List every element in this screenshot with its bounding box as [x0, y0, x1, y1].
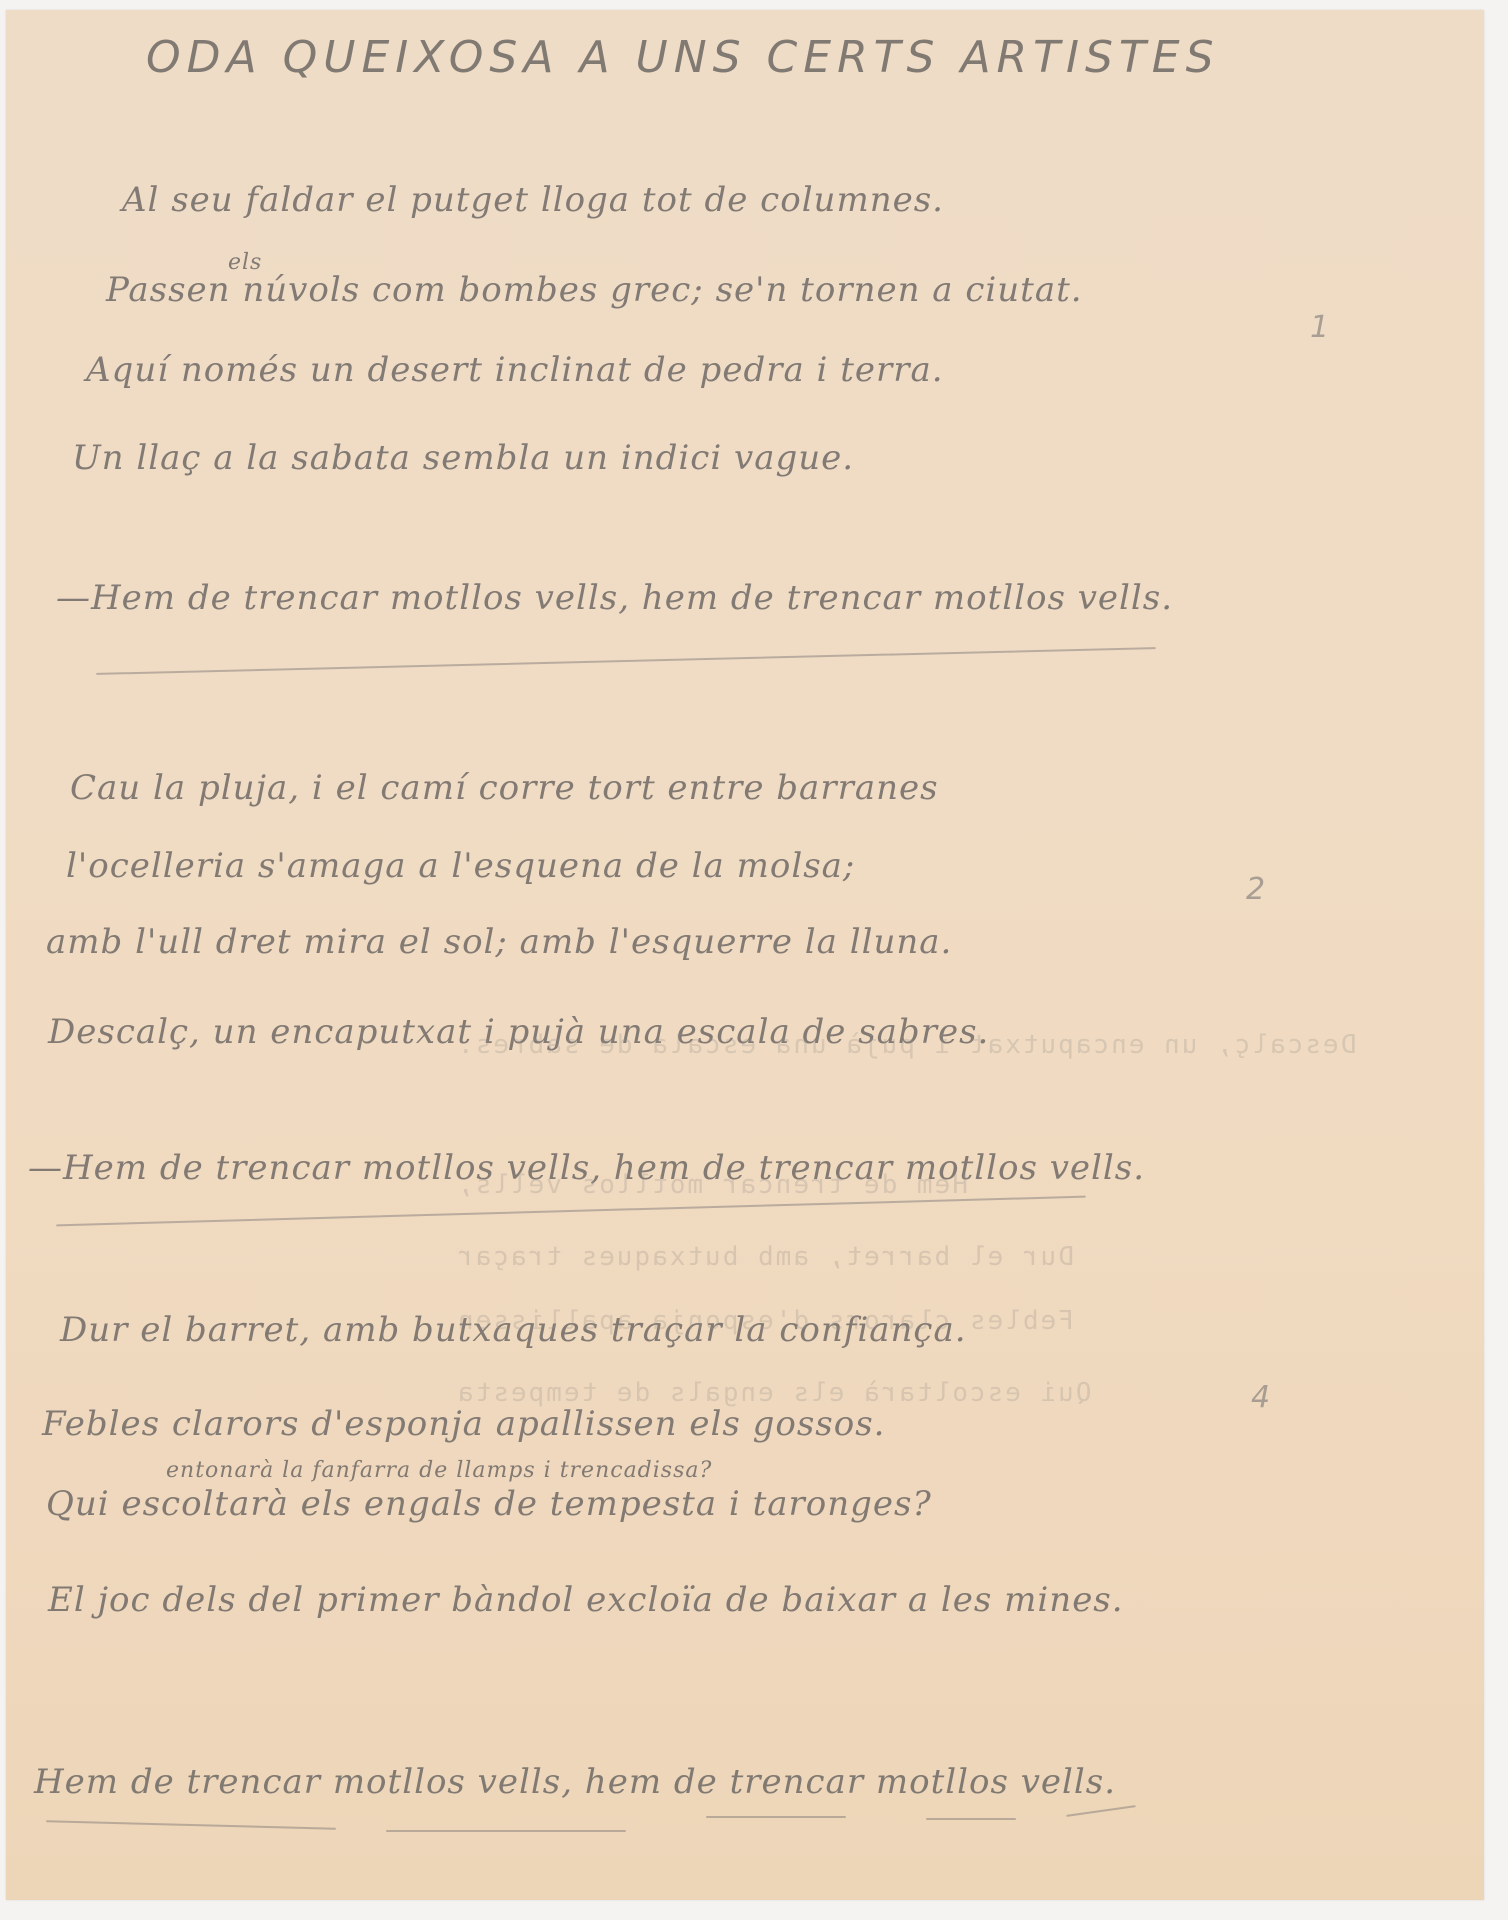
bleed-through-text-3: Dur el barret, amb butxaques traçar [456, 1242, 1074, 1272]
bleed-through-text-2: Hem de trencar motllos vells, [456, 1170, 968, 1200]
poem-title: ODA QUEIXOSA A UNS CERTS ARTISTES [146, 32, 1220, 83]
margin-number-2: 2 [1246, 872, 1265, 907]
stanza-2-line-1: Cau la pluja, i el camí corre tort entre… [70, 768, 939, 808]
stanza-1-line-1: Al seu faldar el putget lloga tot de col… [122, 180, 944, 220]
manuscript-paper: ODA QUEIXOSA A UNS CERTS ARTISTES Al seu… [6, 10, 1484, 1900]
stanza-3-line-3: Qui escoltarà els engals de tempesta i t… [46, 1484, 932, 1524]
stanza-1-line-4: Un llaç a la sabata sembla un indici vag… [72, 438, 854, 478]
margin-number-4: 4 [1251, 1380, 1270, 1415]
refrain-3: Hem de trencar motllos vells, hem de tre… [34, 1762, 1116, 1802]
stanza-3-line-4: El joc dels del primer bàndol excloïa de… [48, 1580, 1124, 1620]
stanza-3-line-2: Febles clarors d'esponja apallissen els … [42, 1404, 885, 1444]
refrain-3-underline-segment-4 [926, 1818, 1016, 1820]
refrain-3-underline-segment-2 [386, 1830, 626, 1832]
scanned-page: ODA QUEIXOSA A UNS CERTS ARTISTES Al seu… [0, 0, 1508, 1920]
refrain-2-underline [56, 1196, 1086, 1227]
stanza-2-line-3: amb l'ull dret mira el sol; amb l'esquer… [46, 922, 952, 962]
revision-above-line: entonarà la fanfarra de llamps i trencad… [166, 1458, 712, 1483]
margin-number-1: 1 [1310, 310, 1329, 345]
stanza-1-line-3: Aquí només un desert inclinat de pedra i… [86, 350, 944, 390]
refrain-1: —Hem de trencar motllos vells, hem de tr… [56, 578, 1173, 618]
refrain-1-underline [96, 647, 1156, 675]
stanza-1-line-2: Passen núvols com bombes grec; se'n torn… [106, 270, 1083, 310]
bleed-through-text-1: Descalç, un encaputxat i pujà una escala… [456, 1030, 1356, 1060]
refrain-3-underline-segment-3 [706, 1816, 846, 1818]
refrain-3-underline-segment-1 [46, 1820, 336, 1830]
bleed-through-text-5: Qui escoltarà els engals de tempesta [456, 1378, 1092, 1408]
bleed-through-text-4: Febles clarors d'esponja apallissen [456, 1306, 1074, 1336]
refrain-3-underline-segment-5 [1066, 1805, 1136, 1817]
stanza-2-line-2: l'ocelleria s'amaga a l'esquena de la mo… [66, 846, 855, 886]
